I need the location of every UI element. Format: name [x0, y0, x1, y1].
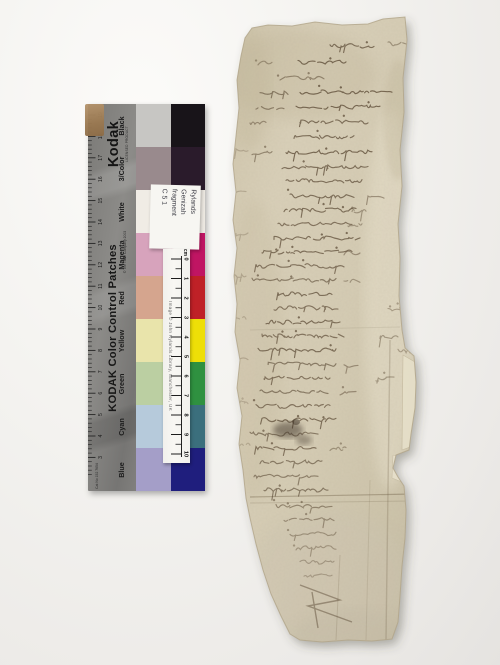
svg-text:13: 13 [98, 240, 104, 246]
svg-text:5: 5 [183, 355, 189, 358]
strip-corner-wear [85, 104, 104, 136]
svg-text:9: 9 [98, 327, 104, 330]
patch-label: White [116, 192, 126, 232]
label-line-shelfmark: C 5 1 [158, 189, 169, 247]
patch-3-color-solid [171, 147, 205, 190]
manuscript-fragment [0, 0, 500, 665]
patch-label: Green [116, 364, 126, 404]
patch-label: Magenta [116, 235, 126, 275]
fragment-id-label: Rylands Genizah fragment C 5 1 [149, 184, 201, 249]
patch-black-solid [171, 104, 205, 147]
svg-text:6: 6 [183, 374, 189, 377]
svg-text:3: 3 [183, 316, 189, 319]
svg-text:12: 12 [98, 262, 104, 268]
svg-text:16: 16 [98, 176, 104, 182]
svg-text:7: 7 [183, 394, 189, 397]
label-line-collection: Rylands [187, 189, 198, 247]
photo-canvas: 191817161514131211109876543 Kodak LICENS… [0, 0, 500, 665]
label-line-series: Genizah [177, 189, 188, 247]
patch-label: Black [116, 106, 126, 146]
svg-text:cm: cm [182, 249, 188, 257]
svg-text:0: 0 [183, 257, 189, 260]
fragment-id-text: Rylands Genizah fragment C 5 1 [152, 186, 198, 247]
label-line-type: fragment [168, 189, 179, 247]
patch-black-tint [136, 104, 171, 147]
svg-text:8: 8 [183, 413, 189, 416]
image-credit-text: Image © John Rylands Library, Manchester… [167, 256, 175, 456]
svg-text:14: 14 [98, 219, 104, 225]
svg-text:4: 4 [98, 434, 104, 437]
svg-text:7: 7 [98, 370, 104, 373]
svg-text:4: 4 [183, 335, 189, 339]
patch-label: Cyan [116, 407, 126, 447]
svg-text:10: 10 [98, 305, 104, 311]
cm-scale-ruler: cm012345678910 Image © John Rylands Libr… [163, 249, 190, 463]
patch-label: 3/Color [116, 149, 126, 189]
svg-text:6: 6 [98, 392, 104, 395]
parchment-texture [225, 17, 417, 665]
svg-text:8: 8 [98, 349, 104, 352]
svg-text:15: 15 [98, 198, 104, 204]
svg-text:5: 5 [98, 413, 104, 416]
svg-text:10: 10 [183, 451, 189, 457]
patch-label: Red [116, 278, 126, 318]
svg-text:1: 1 [183, 277, 189, 280]
svg-text:17: 17 [98, 155, 104, 161]
patch-label: Yellow [116, 321, 126, 361]
svg-text:2: 2 [183, 296, 189, 299]
strip-catalog-number: Cat No 152 7654 [94, 456, 100, 496]
patch-label: Blue [116, 450, 126, 490]
svg-text:11: 11 [98, 283, 104, 288]
svg-text:9: 9 [183, 433, 189, 436]
